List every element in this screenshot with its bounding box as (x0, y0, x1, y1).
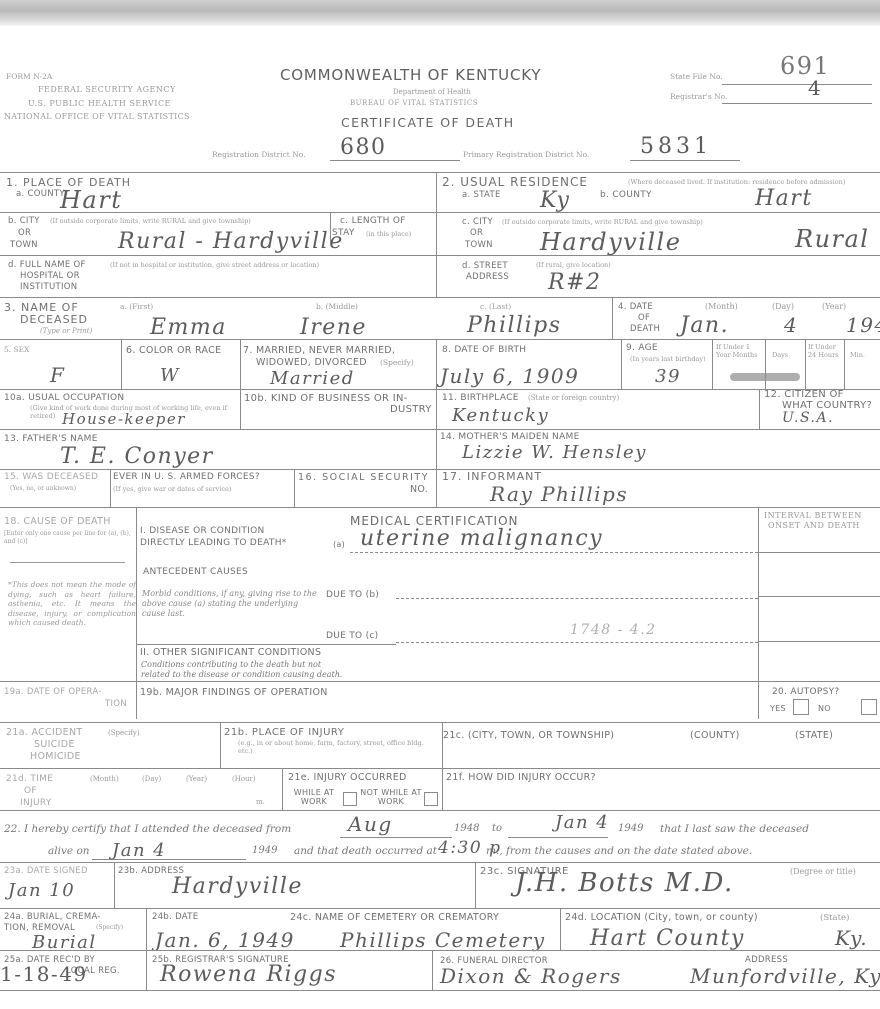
last-name-label: c. (Last) (480, 302, 511, 311)
alive-on-year: 1949 (252, 845, 277, 856)
cert-line2-pre: alive on (48, 845, 90, 857)
physician-address-value: Hardyville (172, 874, 303, 899)
county-label: a. COUNTY (16, 189, 65, 199)
occupation-value: House-keeper (62, 410, 186, 428)
res-or-label: OR (470, 228, 483, 238)
res-state-value: Ky (540, 188, 570, 213)
death-city-value: Rural - Hardyville (118, 229, 344, 254)
state-file-label: State File No. (670, 72, 723, 81)
date-signed-value: Jan 10 (8, 880, 75, 901)
degree-title-label: (Degree or title) (790, 867, 856, 876)
other-note-1: Conditions contributing to the death but… (141, 660, 321, 669)
attended-to-month: Jan 4 (555, 812, 609, 833)
cert-to: to (492, 823, 502, 834)
other-note-2: related to the disease or condition caus… (141, 670, 342, 679)
last-name-value: Phillips (467, 313, 562, 338)
age-value: 39 (655, 366, 681, 387)
stay-label-2: STAY (332, 228, 355, 238)
age-note: (In years last birthday) (630, 355, 710, 363)
agency-line-1: FEDERAL SECURITY AGENCY (38, 85, 176, 94)
injury-state-label: (STATE) (795, 730, 833, 741)
town-label: TOWN (10, 240, 38, 250)
op-date-label: 19a. DATE OF OPERA- (4, 687, 102, 697)
homicide-label: HOMICIDE (30, 751, 81, 762)
hospital-label-2: HOSPITAL OR (20, 271, 80, 281)
registrar-signature: Rowena Riggs (160, 962, 337, 987)
citizen-label: 12. CITIZEN OF (764, 389, 844, 400)
res-state-label: a. STATE (462, 190, 501, 200)
injury-time-of: OF (24, 786, 37, 796)
accident-note: (Specify) (108, 729, 140, 737)
under-min-label: Min. (850, 351, 865, 359)
registrar-number: 4 (808, 76, 822, 100)
hospital-label: d. FULL NAME OF (8, 260, 86, 270)
or-label: OR (18, 228, 31, 238)
not-while-at-work-label: NOT WHILE AT WORK (358, 788, 424, 806)
burial-state-value: Ky. (835, 926, 868, 950)
dod-year-label: (Year) (822, 302, 846, 311)
while-at-work-label: WHILE AT WORK (286, 788, 342, 806)
cause-c-label: DUE TO (c) (326, 631, 378, 641)
injury-hour-label: (Hour) (232, 775, 256, 783)
cause-c-value: 1748 - 4.2 (570, 622, 657, 638)
cause-b-label: DUE TO (b) (326, 590, 379, 600)
interval-label-2: ONSET AND DEATH (768, 521, 860, 530)
armed-forces-label: 15. WAS DECEASED (4, 472, 98, 482)
injury-occurred-label: 21e. INJURY OCCURRED (288, 772, 407, 783)
antecedent-label: ANTECEDENT CAUSES (143, 567, 248, 577)
dod-of-label: OF (638, 313, 650, 323)
certificate-title: CERTIFICATE OF DEATH (341, 115, 515, 130)
burial-location-label: 24d. LOCATION (City, town, or county) (565, 912, 758, 923)
dod-death-label: DEATH (630, 324, 660, 334)
op-findings-label: 19b. MAJOR FINDINGS OF OPERATION (140, 687, 328, 698)
primary-district-number: 5831 (640, 134, 712, 159)
injury-m-label: m. (256, 798, 265, 806)
dod-day-label: (Day) (772, 302, 794, 311)
injury-place-label: 21b. PLACE OF INJURY (224, 727, 344, 738)
cert-line2-mid: and that death occurred at (294, 845, 437, 857)
injury-month-label: (Month) (90, 775, 119, 783)
disease-label: I. DISEASE OR CONDITION (140, 526, 265, 536)
cause-of-death-label: 18. CAUSE OF DEATH (4, 516, 111, 527)
hospital-note: (If not in hospital or institution, give… (110, 261, 319, 269)
not-while-at-work-checkbox[interactable] (424, 792, 438, 806)
under-hours-label: If Under 24 Hours (808, 343, 844, 359)
form-number: FORM N-2A (6, 72, 52, 81)
injury-year-label: (Year) (186, 775, 207, 783)
cause-a-label: (a) (333, 540, 345, 549)
funeral-director-value: Dixon & Rogers (440, 964, 622, 988)
birthplace-note: (State or foreign country) (528, 394, 619, 402)
attended-from-month: Aug (348, 812, 393, 836)
suicide-label: SUICIDE (34, 739, 75, 750)
burial-location-value: Hart County (590, 926, 745, 951)
cause-note: [Enter only one cause per line for (a), … (4, 530, 134, 546)
state-file-number: 691 (780, 52, 830, 80)
residence-heading: 2. USUAL RESIDENCE (442, 175, 588, 189)
dod-month-value: Jan. (680, 313, 729, 338)
department: Department of Health (393, 88, 471, 96)
res-county-label: b. COUNTY (600, 190, 652, 200)
mother-value: Lizzie W. Hensley (462, 442, 647, 463)
agency-line-3: NATIONAL OFFICE OF VITAL STATISTICS (4, 112, 190, 121)
res-city-rural: Rural (795, 225, 869, 253)
sex-value: F (50, 363, 65, 387)
armed-note-1: (Yes, no, or unknown) (10, 485, 76, 492)
antecedent-note: Morbid conditions, if any, giving rise t… (142, 589, 318, 619)
under-year-months-label: If Under 1 Year Months (716, 343, 764, 359)
dod-day-value: 4 (784, 313, 798, 337)
first-name-label: a. (First) (120, 302, 153, 311)
footnote: *This does not mean the mode of dying, s… (8, 580, 136, 628)
marital-value: Married (270, 368, 355, 389)
cemetery-value: Phillips Cemetery (340, 928, 546, 952)
autopsy-label: 20. AUTOPSY? (772, 687, 840, 697)
res-city-note: (If outside corporate limits, write RURA… (502, 218, 703, 226)
city-note: (If outside corporate limits, write RURA… (50, 217, 251, 225)
cemetery-label: 24c. NAME OF CEMETERY OR CREMATORY (290, 912, 499, 923)
city-label: b. CITY (8, 216, 40, 226)
res-street-label: d. STREET (462, 261, 508, 271)
father-label: 13. FATHER'S NAME (4, 434, 98, 444)
dod-label: 4. DATE (618, 302, 653, 312)
date-received-value: 1-18-49 (0, 962, 88, 986)
cert-line2-post: m., from the causes and on the date stat… (486, 845, 752, 857)
ssn-label: 16. SOCIAL SECURITY (298, 472, 429, 483)
under-days-label: Days (772, 351, 788, 359)
autopsy-yes-label: YES (770, 704, 786, 713)
injury-county-label: (COUNTY) (690, 730, 740, 741)
age-label: 9. AGE (626, 343, 658, 353)
res-city-value: Hardyville (540, 228, 681, 256)
injury-place-note: (e.g., in or about home, farm, factory, … (238, 739, 438, 755)
birthplace-label: 11. BIRTHPLACE (442, 393, 519, 403)
sex-label: 5. SEX (4, 345, 30, 354)
alive-on-date: Jan 4 (112, 840, 166, 861)
agency-line-2: U.S. PUBLIC HEALTH SERVICE (28, 99, 171, 108)
deceased-label: DECEASED (20, 313, 88, 326)
cert-line1-pre: 22. I hereby certify that I attended the… (4, 823, 291, 835)
middle-name-value: Irene (300, 315, 367, 340)
armed-note-2: (If yes, give war or dates of service) (113, 485, 231, 493)
occupation-label: 10a. USUAL OCCUPATION (4, 393, 124, 403)
scribble-mark (730, 373, 800, 381)
stay-label: c. LENGTH OF (340, 216, 406, 226)
cert-line1-post: that I last saw the deceased (660, 823, 809, 835)
dod-year-value: 194 (846, 313, 880, 337)
hospital-label-3: INSTITUTION (20, 282, 77, 292)
burial-date-value: Jan. 6, 1949 (155, 928, 295, 952)
business-label: 10b. KIND OF BUSINESS OR IN- (244, 393, 408, 404)
scan-edge (0, 0, 880, 26)
dod-month-label: (Month) (705, 302, 738, 311)
physician-signature: J.H. Botts M.D. (515, 868, 734, 898)
cause-a-value: uterine malignancy (360, 526, 603, 551)
burial-date-label: 24b. DATE (152, 912, 198, 922)
res-city-label: c. CITY (462, 217, 493, 227)
disposal-note: (Specify) (96, 924, 123, 931)
registrar-label: Registrar's No. (670, 92, 727, 101)
disease-label-2: DIRECTLY LEADING TO DEATH* (140, 538, 287, 548)
residence-note: (Where deceased lived. If institution: r… (628, 178, 845, 186)
op-date-label-2: TION (105, 699, 127, 709)
death-county-value: Hart (60, 186, 122, 214)
date-signed-label: 23a. DATE SIGNED (4, 866, 88, 876)
res-street-value: R#2 (548, 270, 602, 295)
business-label-2: DUSTRY (390, 404, 432, 415)
name-note: (Type or Print) (40, 327, 92, 335)
race-value: W (160, 365, 180, 386)
res-address-label: ADDRESS (466, 272, 509, 282)
disposal-label: 24a. BURIAL, CREMA- (4, 912, 101, 922)
first-name-value: Emma (150, 315, 227, 340)
injury-day-label: (Day) (142, 775, 161, 783)
ssn-no-label: NO. (410, 484, 428, 495)
race-label: 6. COLOR OR RACE (126, 345, 221, 356)
funeral-address-value: Munfordville, Ky. (690, 964, 880, 988)
father-value: T. E. Conyer (60, 444, 214, 469)
marital-note: (Specify) (380, 358, 414, 367)
marital-label-2: WIDOWED, DIVORCED (256, 357, 367, 368)
birthplace-value: Kentucky (452, 405, 549, 426)
dob-value: July 6, 1909 (440, 364, 579, 388)
res-town-label: TOWN (465, 240, 493, 250)
other-conditions-label: II. OTHER SIGNIFICANT CONDITIONS (140, 647, 321, 658)
attended-to-year: 1949 (618, 823, 643, 834)
res-county-value: Hart (755, 186, 813, 211)
mother-label: 14. MOTHER'S MAIDEN NAME (440, 432, 580, 442)
armed-forces-label-2: EVER IN U. S. ARMED FORCES? (113, 472, 260, 482)
dob-label: 8. DATE OF BIRTH (442, 345, 526, 355)
res-street-note: (If rural, give location) (536, 261, 611, 269)
burial-state-label: (State) (820, 913, 849, 923)
citizen-value: U.S.A. (782, 410, 834, 426)
stay-note: (in this place) (366, 230, 411, 238)
attended-from-year: 1948 (454, 823, 479, 834)
state-title: COMMONWEALTH OF KENTUCKY (280, 66, 541, 84)
injury-time-injury: INJURY (20, 798, 52, 808)
primary-district-label: Primary Registration District No. (463, 150, 589, 159)
while-at-work-checkbox[interactable] (343, 792, 357, 806)
bureau: BUREAU OF VITAL STATISTICS (350, 99, 478, 107)
injury-city-label: 21c. (CITY, TOWN, OR TOWNSHIP) (443, 730, 614, 741)
informant-value: Ray Phillips (490, 482, 628, 506)
autopsy-yes-checkbox[interactable] (793, 699, 809, 715)
marital-label: 7. MARRIED, NEVER MARRIED, (243, 345, 395, 356)
middle-name-label: b. (Middle) (316, 302, 358, 311)
autopsy-no-checkbox[interactable] (861, 699, 877, 715)
reg-district-number: 680 (340, 135, 387, 160)
autopsy-no-label: NO (818, 704, 831, 713)
injury-how-label: 21f. HOW DID INJURY OCCUR? (446, 772, 596, 783)
accident-label: 21a. ACCIDENT (6, 727, 82, 738)
injury-time-label: 21d. TIME (6, 774, 53, 784)
interval-label: INTERVAL BETWEEN (764, 511, 862, 520)
reg-district-label: Registration District No. (212, 150, 306, 159)
